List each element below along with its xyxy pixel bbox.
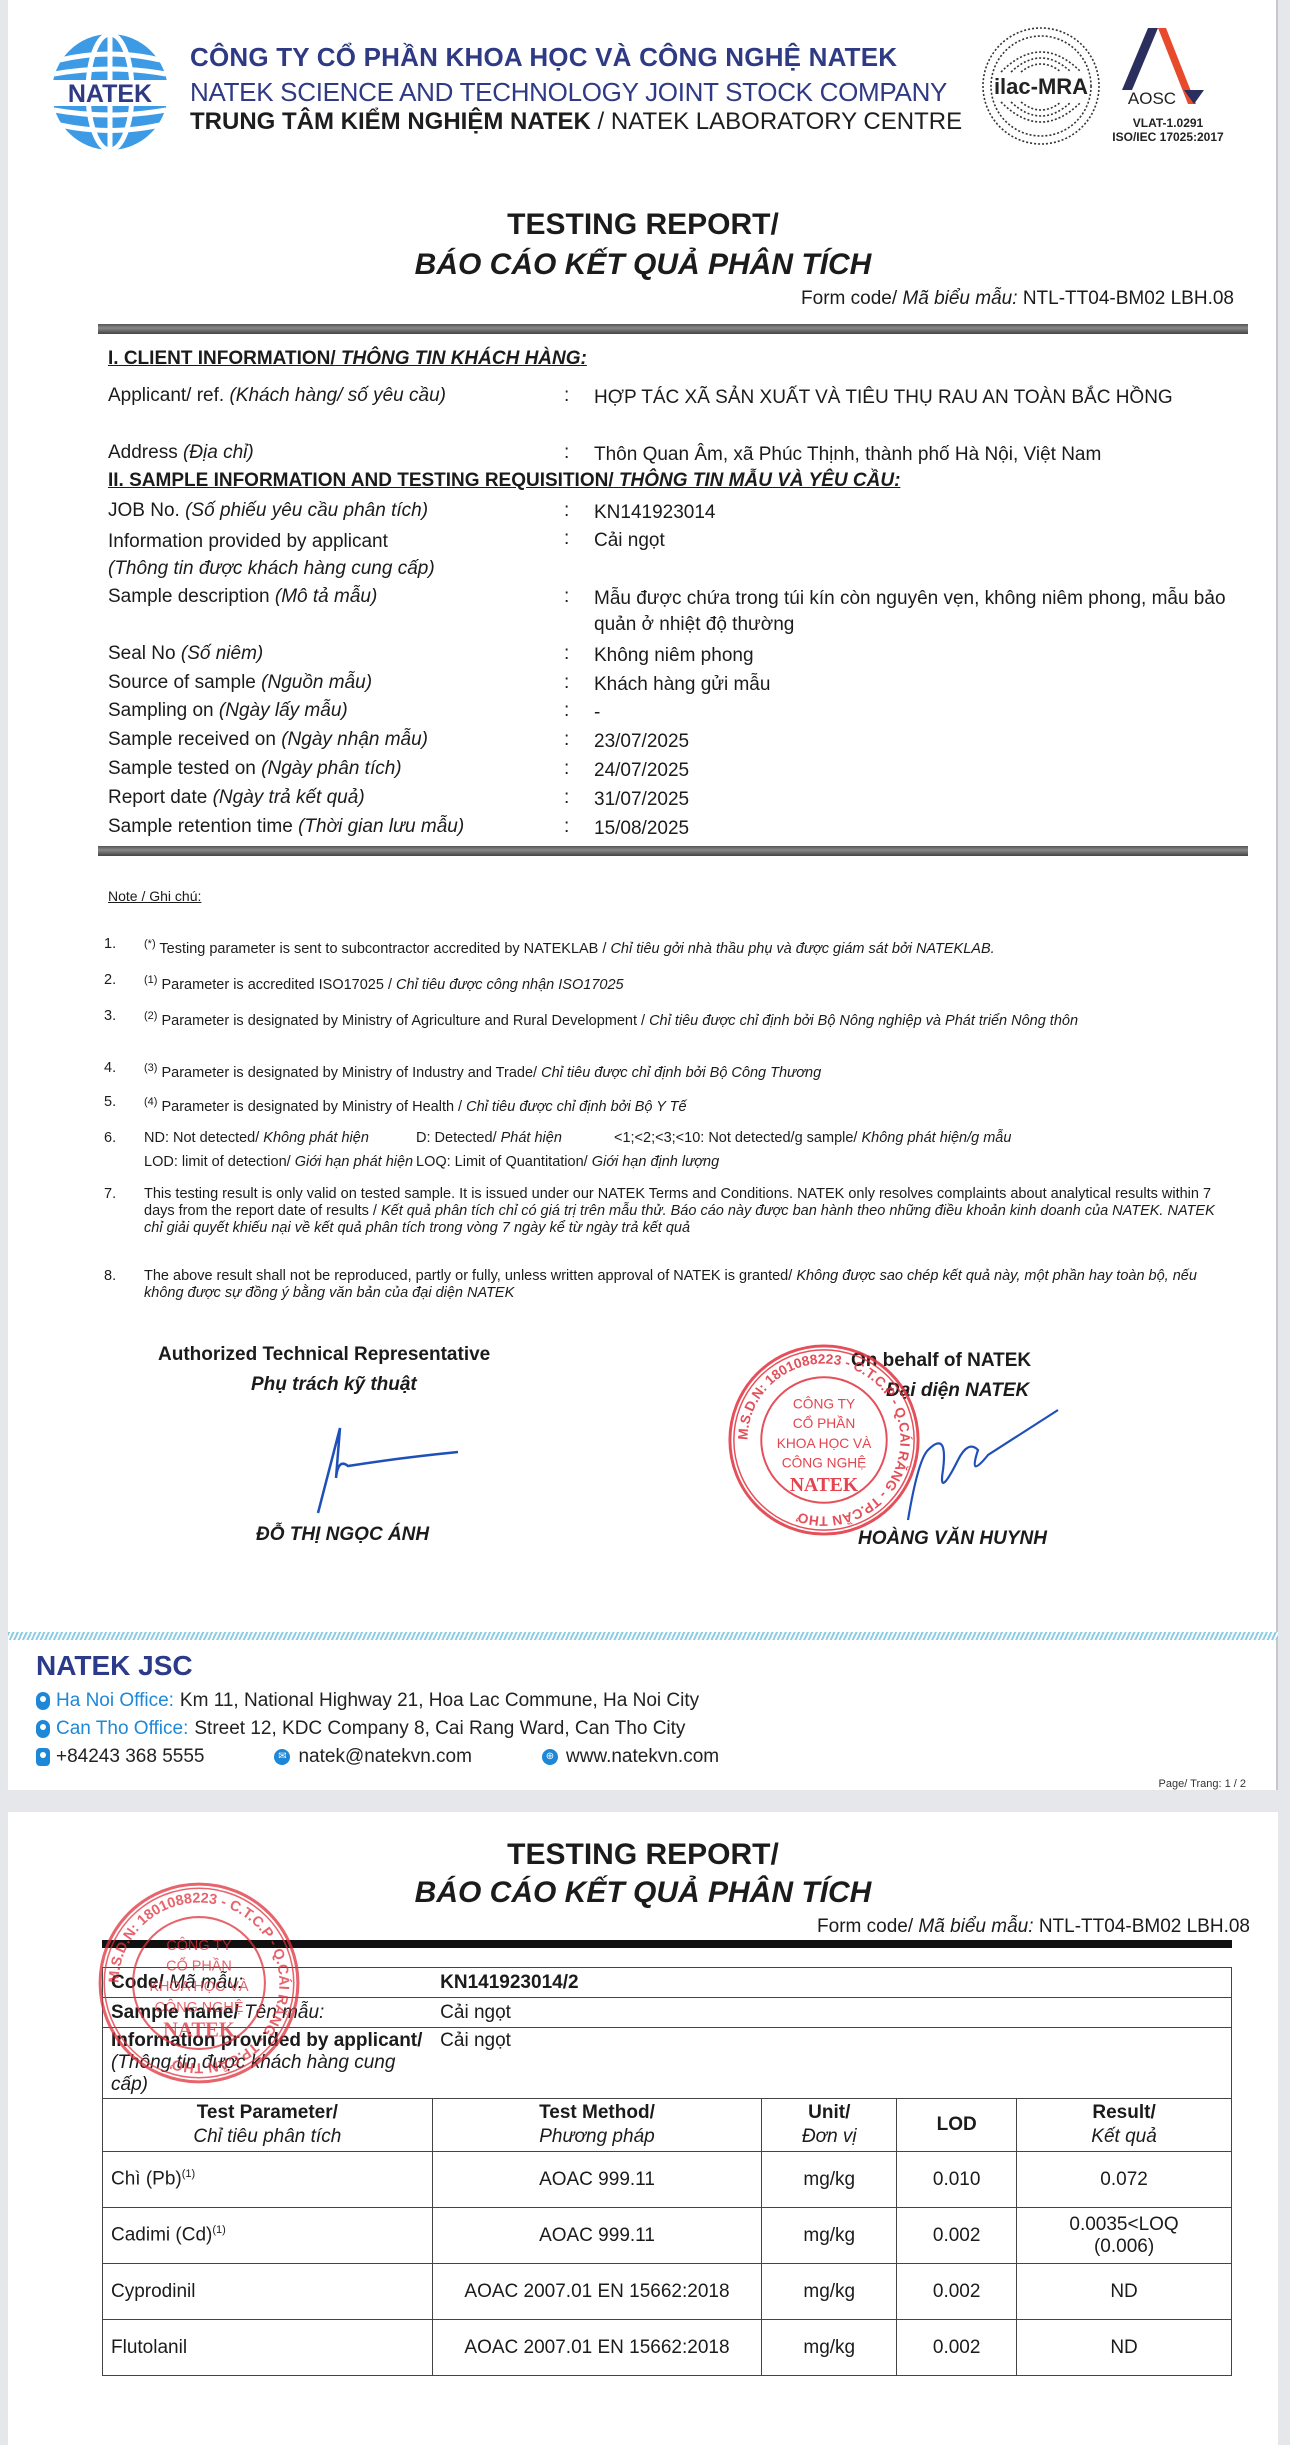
- value-report-date: 31/07/2025: [594, 787, 1234, 813]
- svg-text:CỔ PHẦN: CỔ PHẦN: [793, 1414, 856, 1431]
- signature-left-icon: [288, 1408, 488, 1518]
- page-number: Page/ Trang: 1 / 2: [1159, 1778, 1246, 1790]
- report-page-2: TESTING REPORT/ BÁO CÁO KẾT QUẢ PHÂN TÍC…: [8, 1812, 1278, 2445]
- label-source: Source of sample (Nguồn mẫu): [108, 672, 372, 694]
- label-report-date: Report date (Ngày trả kết quả): [108, 787, 365, 809]
- technical-rep-subtitle: Phụ trách kỹ thuật: [251, 1374, 417, 1396]
- svg-text:CÔNG TY: CÔNG TY: [793, 1396, 855, 1412]
- label-tested-on: Sample tested on (Ngày phân tích): [108, 758, 402, 780]
- col-test-parameter: Test Parameter/Chỉ tiêu phân tích: [103, 2099, 433, 2152]
- label-retention-time: Sample retention time (Thời gian lưu mẫu…: [108, 816, 464, 838]
- svg-text:CỔ PHẦN: CỔ PHẦN: [166, 1957, 232, 1975]
- table-row: Flutolanil AOAC 2007.01 EN 15662:2018 mg…: [103, 2320, 1232, 2376]
- lab-name: TRUNG TÂM KIỂM NGHIỆM NATEK / NATEK LABO…: [190, 108, 962, 136]
- sample-name: Cải ngọt: [432, 1998, 1231, 2028]
- natek-rep-name: HOÀNG VĂN HUYNH: [858, 1528, 1047, 1550]
- note-8: 8.The above result shall not be reproduc…: [104, 1268, 1234, 1302]
- phone-number: +84243 368 5555: [56, 1746, 204, 1768]
- accreditation-number: VLAT-1.0291ISO/IEC 17025:2017: [1098, 116, 1238, 144]
- col-test-method: Test Method/Phương pháp: [432, 2099, 762, 2152]
- note-1: 1.(*) Testing parameter is sent to subco…: [104, 936, 1234, 958]
- value-applicant: HỢP TÁC XÃ SẢN XUẤT VÀ TIÊU THỤ RAU AN T…: [594, 385, 1214, 411]
- note-2: 2.(1) Parameter is accredited ISO17025 /…: [104, 972, 1234, 994]
- company-name-en: NATEK SCIENCE AND TECHNOLOGY JOINT STOCK…: [190, 77, 947, 108]
- section-client-info: I. CLIENT INFORMATION/ THÔNG TIN KHÁCH H…: [108, 348, 587, 370]
- note-5: 5.(4) Parameter is designated by Ministr…: [104, 1094, 1234, 1116]
- value-address: Thôn Quan Âm, xã Phúc Thịnh, thành phố H…: [594, 442, 1234, 468]
- note-6-abbreviations: 6. ND: Not detected/ Không phát hiện D: …: [104, 1126, 1234, 1174]
- ilac-mra-logo-icon: ilac-MRA: [980, 22, 1102, 150]
- label-received-on: Sample received on (Ngày nhận mẫu): [108, 729, 428, 751]
- value-tested-on: 24/07/2025: [594, 758, 1234, 784]
- footer-company: NATEK JSC: [36, 1650, 193, 1682]
- phone-icon: [36, 1748, 50, 1766]
- label-applicant: Applicant/ ref. (Khách hàng/ số yêu cầu): [108, 385, 446, 407]
- section-sample-info: II. SAMPLE INFORMATION AND TESTING REQUI…: [108, 470, 900, 492]
- table-row: Chì (Pb)(1) AOAC 999.11 mg/kg 0.010 0.07…: [103, 2152, 1232, 2208]
- email-icon: ✉: [274, 1749, 290, 1765]
- form-code: Form code/ Mã biểu mẫu: NTL-TT04-BM02 LB…: [801, 288, 1234, 310]
- value-received-on: 23/07/2025: [594, 729, 1234, 755]
- company-stamp-icon: M.S.D.N: 1801088223 - C.T.C.P - Q.CÁI RĂ…: [96, 1880, 302, 2086]
- value-sampling-on: -: [594, 700, 1234, 726]
- report-title-en: TESTING REPORT/: [8, 1838, 1278, 1872]
- label-address: Address (Địa chỉ): [108, 442, 254, 464]
- technical-rep-name: ĐỖ THỊ NGỌC ÁNH: [256, 1524, 429, 1546]
- value-sample-description: Mẫu được chứa trong túi kín còn nguyên v…: [594, 586, 1234, 638]
- label-job-no: JOB No. (Số phiếu yêu cầu phân tích): [108, 500, 428, 522]
- table-row: Cyprodinil AOAC 2007.01 EN 15662:2018 mg…: [103, 2264, 1232, 2320]
- svg-text:CÔNG NGHỆ: CÔNG NGHỆ: [155, 1999, 244, 2016]
- technical-rep-title: Authorized Technical Representative: [158, 1344, 490, 1366]
- svg-text:CÔNG TY: CÔNG TY: [166, 1937, 232, 1954]
- footer-divider: [8, 1632, 1278, 1640]
- table-row: Cadimi (Cd)(1) AOAC 999.11 mg/kg 0.002 0…: [103, 2208, 1232, 2264]
- notes-title: Note / Ghi chú:: [108, 888, 201, 904]
- value-seal-no: Không niêm phong: [594, 643, 1234, 669]
- note-7: 7.This testing result is only valid on t…: [104, 1186, 1234, 1237]
- table-header: Test Parameter/Chỉ tiêu phân tích Test M…: [103, 2099, 1232, 2152]
- col-result: Result/Kết quả: [1017, 2099, 1232, 2152]
- website-link[interactable]: www.natekvn.com: [566, 1746, 719, 1768]
- value-retention-time: 15/08/2025: [594, 816, 1234, 842]
- company-name-vn: CÔNG TY CỔ PHẦN KHOA HỌC VÀ CÔNG NGHỆ NA…: [190, 42, 897, 73]
- col-unit: Unit/Đơn vị: [762, 2099, 897, 2152]
- signature-right-icon: [888, 1400, 1068, 1530]
- svg-text:NATEK: NATEK: [790, 1475, 859, 1496]
- sample-code: KN141923014/2: [432, 1968, 1231, 1998]
- col-lod: LOD: [897, 2099, 1017, 2152]
- svg-text:KHOA HỌC VÀ: KHOA HỌC VÀ: [777, 1435, 872, 1451]
- svg-text:NATEK: NATEK: [68, 80, 152, 108]
- natek-globe-logo-icon: NATEK: [48, 30, 172, 154]
- svg-text:KHOA HỌC VÀ: KHOA HỌC VÀ: [149, 1978, 249, 1995]
- svg-text:AOSC: AOSC: [1128, 89, 1176, 108]
- email-link[interactable]: natek@natekvn.com: [298, 1746, 472, 1768]
- contact-row: +84243 368 5555 ✉ natek@natekvn.com ⊕ ww…: [36, 1746, 719, 1768]
- label-sampling-on: Sampling on (Ngày lấy mẫu): [108, 700, 348, 722]
- location-pin-icon: [36, 1692, 50, 1710]
- label-sample-description: Sample description (Mô tả mẫu): [108, 586, 377, 608]
- svg-text:NATEK: NATEK: [163, 2020, 235, 2042]
- aosc-logo-icon: AOSC: [1118, 24, 1208, 110]
- cantho-office: Can Tho Office:Street 12, KDC Company 8,…: [36, 1718, 685, 1740]
- value-source: Khách hàng gửi mẫu: [594, 672, 1234, 698]
- svg-text:CÔNG NGHỆ: CÔNG NGHỆ: [782, 1454, 867, 1470]
- label-seal-no: Seal No (Số niêm): [108, 643, 263, 665]
- divider: [98, 324, 1248, 334]
- location-pin-icon: [36, 1720, 50, 1738]
- form-code: Form code/ Mã biểu mẫu: NTL-TT04-BM02 LB…: [817, 1916, 1250, 1938]
- divider: [98, 846, 1248, 856]
- note-3: 3.(2) Parameter is designated by Ministr…: [104, 1008, 1234, 1030]
- report-title-en: TESTING REPORT/: [8, 208, 1278, 242]
- value-job-no: KN141923014: [594, 500, 1234, 526]
- note-4: 4.(3) Parameter is designated by Ministr…: [104, 1060, 1234, 1082]
- report-title-vn: BÁO CÁO KẾT QUẢ PHÂN TÍCH: [8, 248, 1278, 282]
- report-page-1: NATEK CÔNG TY CỔ PHẦN KHOA HỌC VÀ CÔNG N…: [8, 0, 1278, 1790]
- svg-text:ilac-MRA: ilac-MRA: [994, 74, 1088, 99]
- globe-icon: ⊕: [542, 1749, 558, 1765]
- label-info-provided: Information provided by applicant(Thông …: [108, 528, 435, 582]
- value-info-provided: Cải ngọt: [594, 528, 1234, 554]
- hanoi-office: Ha Noi Office:Km 11, National Highway 21…: [36, 1690, 699, 1712]
- info-provided: Cải ngọt: [432, 2028, 1231, 2099]
